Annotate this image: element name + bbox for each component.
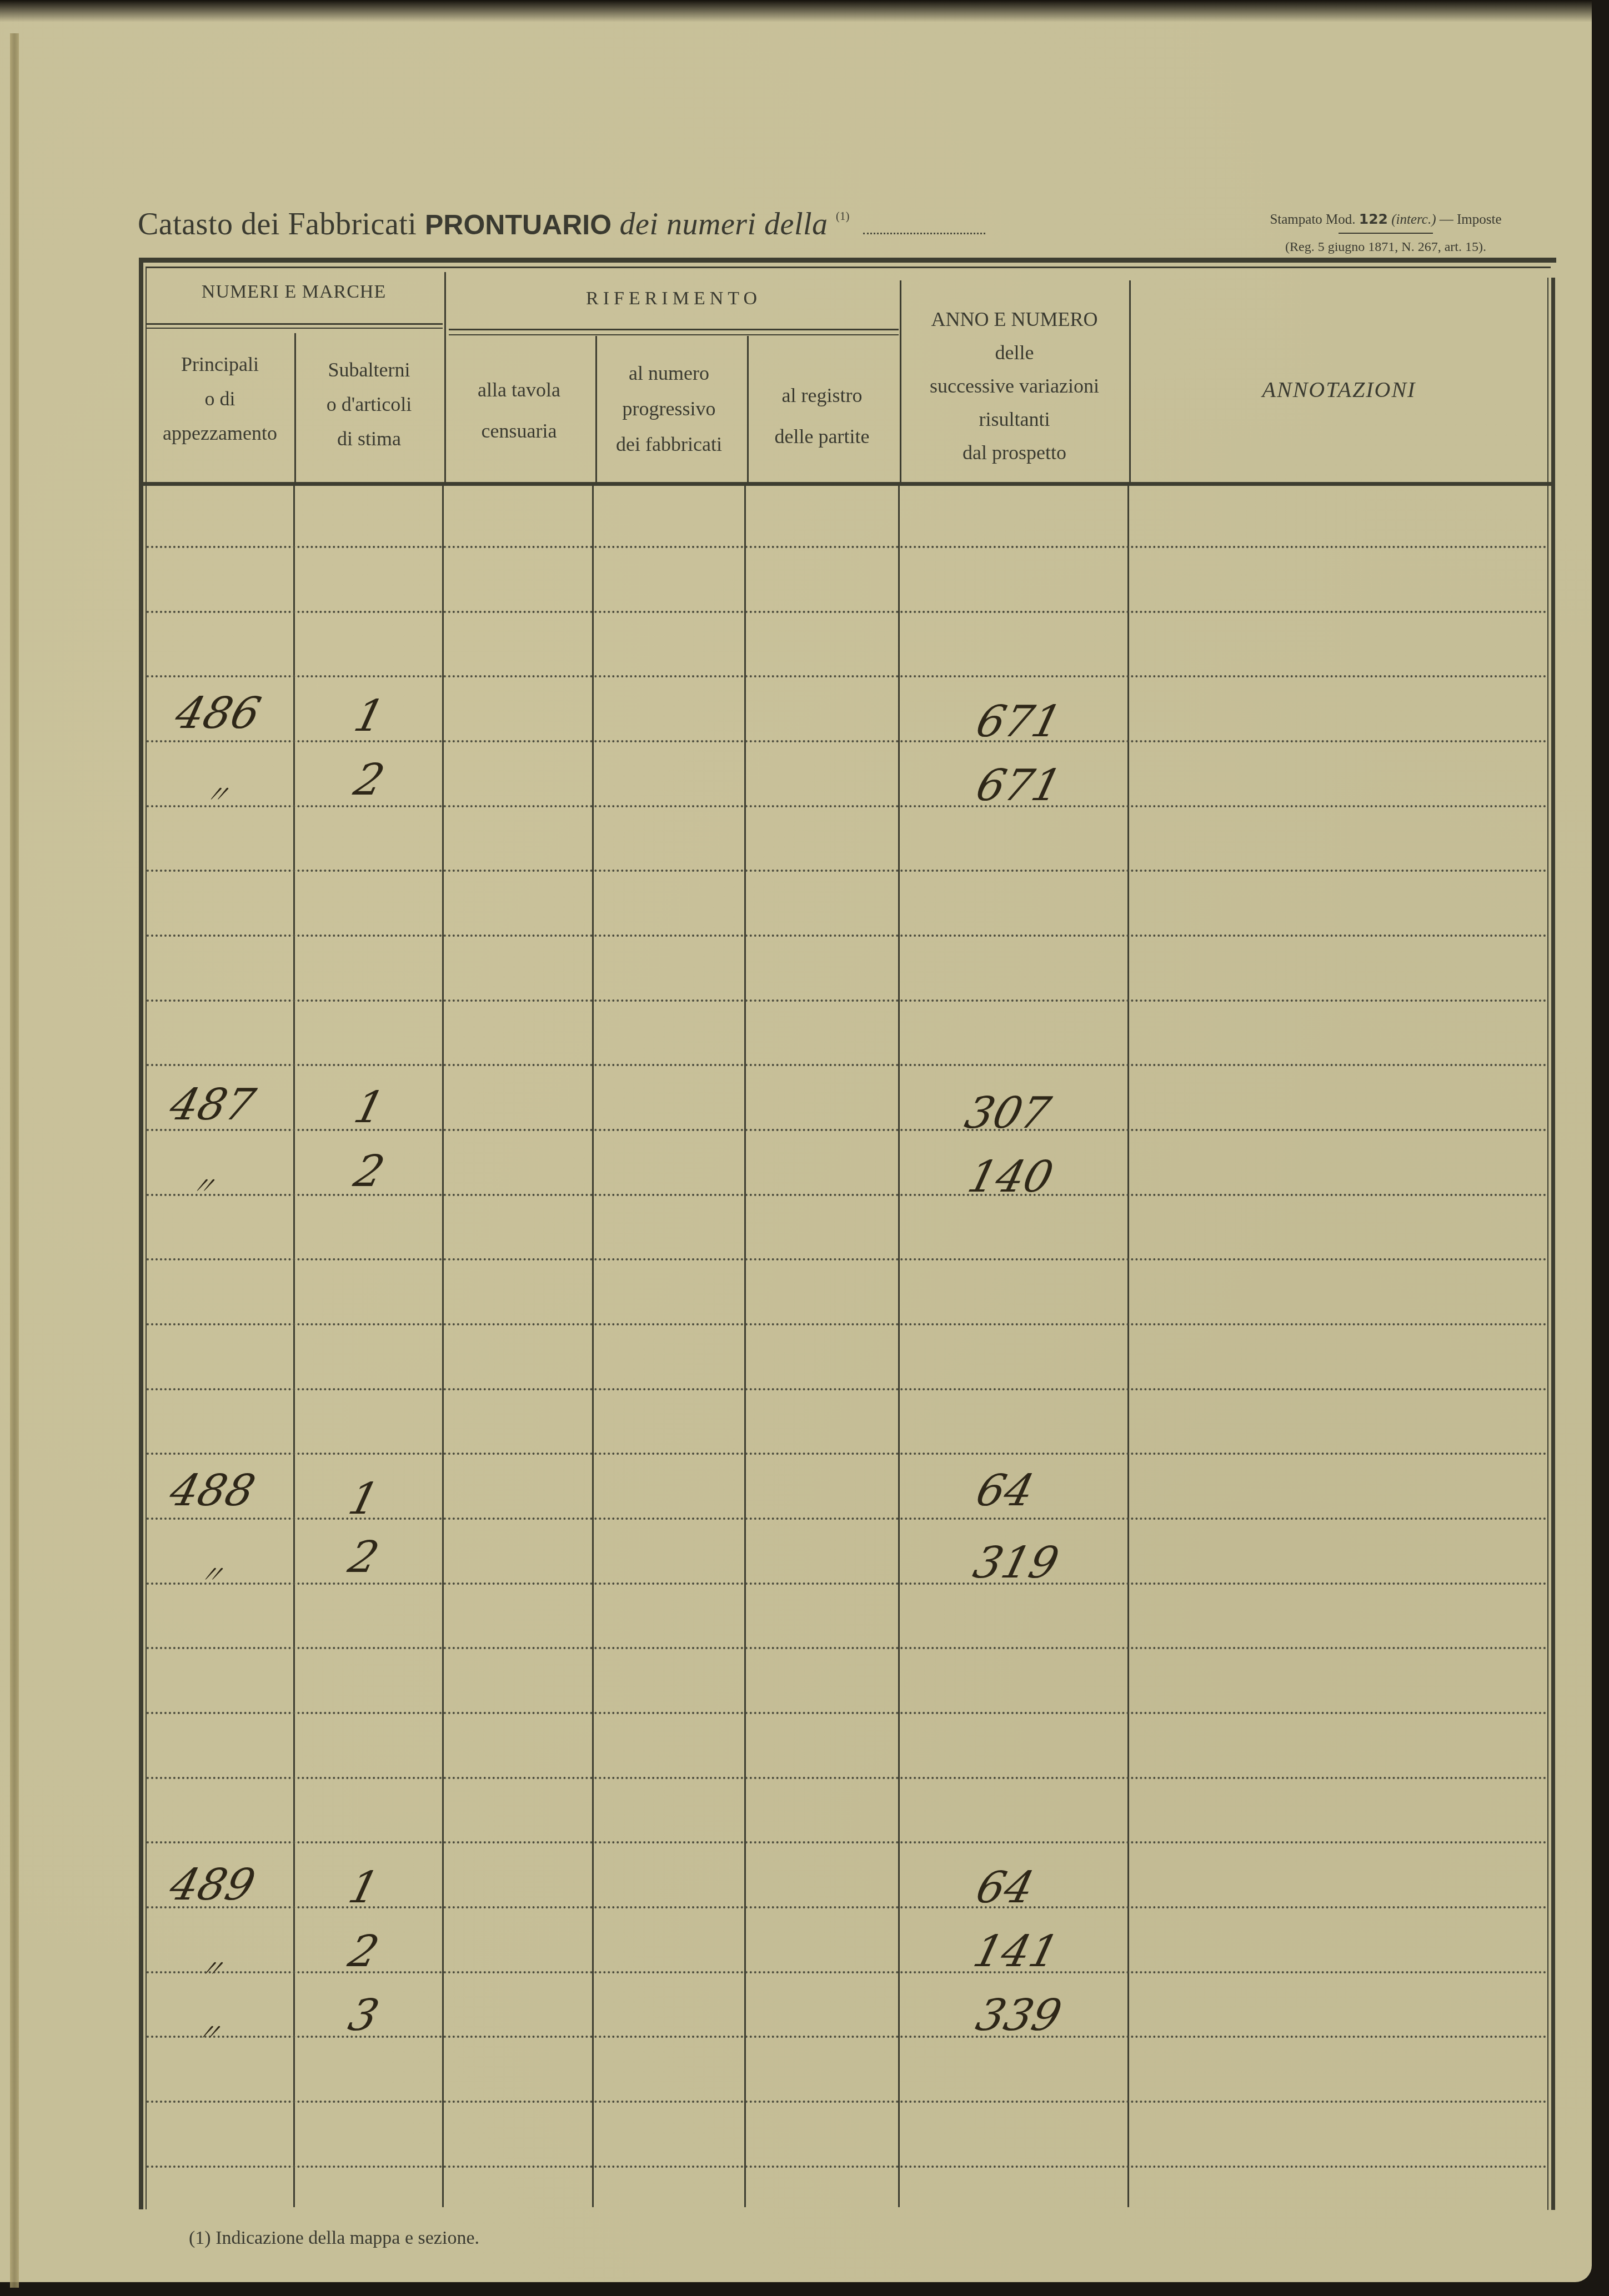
cell-anno-numero: 671	[971, 697, 1066, 747]
row-line	[147, 1777, 1547, 1779]
stamp-model-number: 122	[1359, 211, 1388, 227]
cell-principali-ditto: 〃	[196, 1555, 229, 1590]
row-line	[147, 1712, 1547, 1714]
cell-principali: 487	[165, 1080, 260, 1130]
col-rule-4	[744, 486, 746, 2207]
col-rule-3	[592, 486, 594, 2207]
cell-principali: 489	[165, 1860, 260, 1910]
cell-anno-numero: 141	[969, 1927, 1064, 1977]
footnote: (1) Indicazione della mappa e sezione.	[189, 2228, 479, 2249]
table-left-border	[139, 258, 143, 2209]
cell-subalterni: 2	[344, 1533, 384, 1582]
stamp-interc: (interc.)	[1391, 212, 1436, 227]
row-line	[147, 935, 1547, 937]
cell-anno-numero: 339	[971, 1991, 1066, 2041]
col-header-tavola: alla tavola censuaria	[446, 369, 592, 451]
cell-subalterni: 2	[344, 1927, 384, 1977]
header-bottom-border	[143, 482, 1552, 486]
col-header-anno-e-numero: ANNO E NUMERO delle successive variazion…	[900, 303, 1129, 469]
row-line	[147, 999, 1547, 1002]
table-top-border-inner	[146, 267, 1551, 268]
title-footnote-ref: (1)	[836, 210, 850, 223]
cell-anno-numero: 307	[960, 1088, 1055, 1138]
group-underline-riferimento	[449, 329, 899, 330]
cell-subalterni: 1	[344, 1863, 384, 1913]
col-rule-1	[293, 486, 295, 2207]
col-header-subalterni: Subalterni o d'articoli di stima	[296, 353, 442, 456]
group-underline-numeri-2	[146, 328, 443, 329]
cell-subalterni: 1	[349, 691, 389, 741]
col-header-annotazioni: ANNOTAZIONI	[1131, 373, 1547, 406]
cell-principali: 486	[171, 689, 265, 738]
cell-anno-numero: 319	[969, 1538, 1064, 1588]
group-underline-riferimento-2	[449, 334, 899, 335]
cell-principali-ditto: 〃	[196, 1949, 229, 1984]
row-line	[147, 611, 1547, 613]
table-left-border-inner	[146, 267, 147, 2209]
col-header-registro: al registro delle partite	[746, 375, 898, 457]
row-line	[147, 2101, 1547, 2103]
cell-anno-numero: 64	[971, 1863, 1039, 1913]
row-line	[147, 1388, 1547, 1390]
binding-spine	[10, 33, 19, 2288]
col-header-numero: al numero progressivo dei fabbricati	[594, 355, 744, 462]
row-line	[147, 1582, 1547, 1585]
group-header-numeri-e-marche: NUMERI E MARCHE	[147, 278, 441, 306]
row-line	[147, 1647, 1547, 1649]
row-line	[147, 1064, 1547, 1066]
col-rule-2	[442, 486, 444, 2207]
row-line	[147, 1323, 1547, 1325]
cell-principali-ditto: 〃	[193, 2013, 226, 2048]
row-line	[147, 675, 1547, 677]
page-title: Catasto dei Fabbricati PRONTUARIO dei nu…	[138, 207, 985, 242]
stamp-prefix: Stampato Mod.	[1270, 212, 1355, 227]
row-line	[147, 805, 1547, 807]
cell-anno-numero: 140	[963, 1152, 1058, 1202]
row-line	[147, 2166, 1547, 2168]
group-underline-numeri	[146, 323, 443, 325]
ledger-page: Catasto dei Fabbricati PRONTUARIO dei nu…	[0, 0, 1592, 2282]
form-stamp: Stampato Mod. 122 (interc.) — Imposte (R…	[1219, 211, 1552, 255]
cell-subalterni: 3	[344, 1991, 384, 2041]
row-line	[147, 1453, 1547, 1455]
cell-anno-numero: 64	[971, 1466, 1039, 1516]
cell-principali-ditto: 〃	[187, 1166, 220, 1202]
table-right-border-inner	[1547, 278, 1548, 2210]
stamp-suffix: — Imposte	[1440, 212, 1502, 227]
col-rule-6	[1127, 486, 1129, 2207]
row-line	[147, 546, 1547, 548]
col-rule-5	[898, 486, 900, 2207]
row-line	[147, 1841, 1547, 1843]
col-header-principali: Principali o di appezzamento	[147, 347, 293, 450]
stamp-divider	[1339, 233, 1433, 234]
cell-subalterni: 2	[349, 755, 389, 805]
title-italic: dei numeri della	[620, 207, 828, 242]
title-fill-line	[863, 233, 985, 234]
row-line	[147, 870, 1547, 872]
row-line	[147, 1258, 1547, 1260]
cell-anno-numero: 671	[971, 761, 1066, 811]
page-top-shadow	[0, 0, 1592, 22]
table-right-border	[1551, 278, 1555, 2210]
cell-subalterni: 1	[349, 1083, 389, 1133]
group-header-riferimento: RIFERIMENTO	[449, 284, 899, 313]
cell-subalterni: 2	[349, 1147, 389, 1197]
table-top-border	[140, 258, 1556, 263]
title-bold: PRONTUARIO	[425, 209, 611, 240]
stamp-regulation: (Reg. 5 giugno 1871, N. 267, art. 15).	[1219, 239, 1552, 255]
title-prefix: Catasto dei Fabbricati	[138, 207, 417, 242]
cell-principali: 488	[165, 1466, 260, 1516]
cell-subalterni: 1	[344, 1474, 384, 1524]
